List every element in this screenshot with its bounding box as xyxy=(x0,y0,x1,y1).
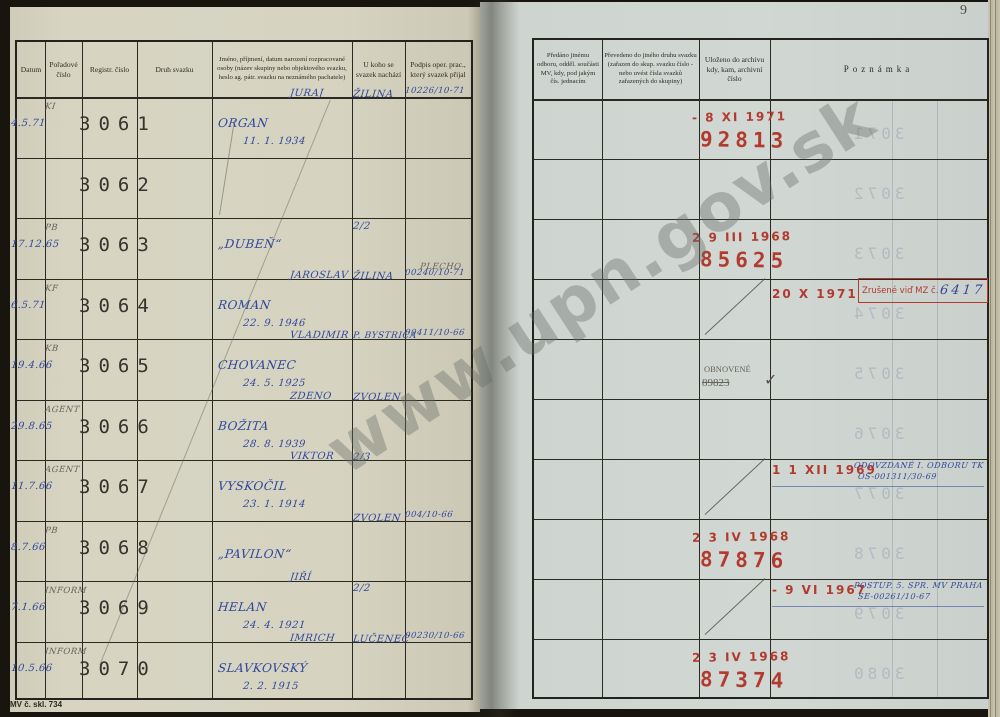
date-value: 11.7.66 xyxy=(10,481,53,492)
bleed-through-number: 3077 xyxy=(850,484,905,503)
header-datum: Datum xyxy=(17,42,45,97)
registration-number: 3069 xyxy=(79,597,157,619)
first-name: VLADIMIR xyxy=(289,330,349,341)
surname: BOŽITA xyxy=(217,419,269,433)
entry-row-3068-left: PB 8.7.66 3068 „PAVILON“ ZVOLEN 004/10-6… xyxy=(15,519,473,579)
cover-name: „PAVILON“ xyxy=(217,547,292,561)
entry-row-3066-left: AGENT 29.8.65 3066 ZDENO BOŽITA 28. 8. 1… xyxy=(15,398,473,458)
birth-date: 24. 5. 1925 xyxy=(242,378,306,389)
header-prevedeno: Převedeno do jiného druhu svazku (zařaze… xyxy=(602,40,699,99)
entry-row-3062-left: 3062 xyxy=(15,156,473,216)
birth-date: 23. 1. 1914 xyxy=(242,499,306,510)
entry-row-3063-left: PB 17.12.65 3063 „DUBEŇ“ 2/2 PLECHO xyxy=(15,216,473,276)
category-note: INFORM xyxy=(44,647,87,657)
handover-note-line2: SE-00261/10-67 xyxy=(858,592,931,601)
zrusene-stamp-box: Zrušené viď MZ č. 6417 xyxy=(858,278,988,303)
entry-row-3067-right: 1 1 XII 1969 ODOVZDANÉ I. ODBORU TK OS-0… xyxy=(532,457,987,517)
date-value: 19.4.66 xyxy=(10,360,53,371)
check-mark: ✓ xyxy=(764,370,777,390)
first-name: VIKTOR xyxy=(289,451,334,462)
category-note: KI xyxy=(44,102,56,112)
entry-row-3070-left: INFORM 10.5.66 3070 IMRICH SLAVKOVSKÝ 2.… xyxy=(15,640,473,700)
archive-date-stamp: 2 3 IV 1968 xyxy=(692,649,791,665)
stamp-label: Zrušené viď MZ č. xyxy=(862,286,938,296)
date-value: 29.8.65 xyxy=(10,421,53,432)
archive-number-stamp: 85625 xyxy=(700,247,789,273)
header-jmeno: Jméno, příjmení, datum narození rozpraco… xyxy=(212,42,352,97)
bleed-through-number: 3072 xyxy=(850,184,905,203)
registration-number: 3066 xyxy=(79,416,157,438)
holder-value: 2/2 xyxy=(352,221,371,232)
date-value: 17.12.65 xyxy=(10,239,60,250)
entry-row-3065-left: KB 19.4.66 3065 VLADIMIR CHOVANEC 24. 5.… xyxy=(15,337,473,397)
bleed-through-number: 3076 xyxy=(850,424,905,443)
page-number: 9 xyxy=(960,3,967,19)
birth-date: 28. 8. 1939 xyxy=(242,439,306,450)
entry-row-3069-right: - 9 VI 1967 POSTUP. 5. SPR. MV PRAHA SE-… xyxy=(532,577,987,637)
bleed-through-number: 3074 xyxy=(850,304,905,323)
archive-date-stamp: - 8 XI 1971 xyxy=(692,109,787,125)
registry-book-scan: 9 Datum Pořa­dové číslo Registr. číslo D… xyxy=(0,0,1000,717)
bleed-through-number: 3080 xyxy=(850,664,905,683)
file-number: 00411/10-66 xyxy=(404,328,465,338)
registration-number: 3067 xyxy=(79,476,157,498)
header-poradove-cislo: Pořa­dové číslo xyxy=(45,42,82,97)
cancellation-slash xyxy=(705,278,766,335)
date-value: 4.5.71 xyxy=(10,118,46,129)
entry-row-3061-right: - 8 XI 1971 92813 3071 xyxy=(532,97,987,157)
entry-row-3067-left: AGENT 11.7.66 3067 VIKTOR VYSKOČIL 23. 1… xyxy=(15,458,473,518)
surname: CHOVANEC xyxy=(217,358,297,372)
bleed-through-number: 3073 xyxy=(850,244,905,263)
cancellation-slash xyxy=(705,578,766,635)
date-value: 6.5.71 xyxy=(10,300,46,311)
surname: HELAN xyxy=(217,600,267,614)
holder-value: 2/2 xyxy=(352,583,371,594)
registration-number: 3063 xyxy=(79,234,157,256)
file-number: 00230/10-66 xyxy=(404,631,465,641)
archive-number-stamp: 87876 xyxy=(700,547,789,573)
category-note: PB xyxy=(44,526,58,536)
stacked-page-edges xyxy=(988,0,1000,717)
entry-row-3065-right: OBNOVENÉ 89823 ✓ 3075 xyxy=(532,337,987,397)
registration-number: 3070 xyxy=(79,658,157,680)
entry-row-3061-left: KI 4.5.71 3061 JURAJ ORGAN 11. 1. 1934 Ž… xyxy=(15,95,473,155)
birth-date: 24. 4. 1921 xyxy=(242,620,306,631)
header-predano: Předáno jinému odboru, odděl. součásti M… xyxy=(534,40,602,99)
header-ulozeno: Uloženo do archivu kdy, kam, archivní čí… xyxy=(699,40,770,99)
holder-value: ŽILINA xyxy=(352,89,394,100)
crossed-out-number: 89823 xyxy=(702,377,730,389)
first-name: JAROSLAV xyxy=(289,270,349,281)
category-note: KF xyxy=(44,284,58,294)
registration-number: 3065 xyxy=(79,355,157,377)
category-note: PB xyxy=(44,223,58,233)
registration-number: 3062 xyxy=(79,174,157,196)
archive-number-stamp: 87374 xyxy=(700,667,789,693)
handover-note-line1: POSTUP. 5. SPR. MV PRAHA xyxy=(854,581,984,590)
category-note: INFORM xyxy=(44,586,87,596)
stamp-value: 6417 xyxy=(940,283,987,298)
bleed-through-number: 3078 xyxy=(850,544,905,563)
file-number: 10226/10-71 xyxy=(404,86,465,96)
category-note: KB xyxy=(44,344,59,354)
entry-row-3063-right: 2 9 III 1968 85625 3073 xyxy=(532,217,987,277)
holder-value: ZVOLEN xyxy=(352,513,401,524)
surname: VYSKOČIL xyxy=(217,479,288,493)
birth-date: 2. 2. 1915 xyxy=(242,681,299,692)
category-note: AGENT xyxy=(44,405,80,415)
holder-value: ZVOLEN xyxy=(352,392,401,403)
first-name: ZDENO xyxy=(289,391,332,402)
surname: SLAVKOVSKÝ xyxy=(217,661,308,675)
renewed-pencil-note: OBNOVENÉ xyxy=(704,364,751,374)
entry-row-3068-right: 2 3 IV 1968 87876 3078 xyxy=(532,517,987,577)
bleed-through-number: 3071 xyxy=(850,124,905,143)
entry-row-3069-left: INFORM 7.1.66 3069 JIŘÍ HELAN 24. 4. 192… xyxy=(15,579,473,639)
first-name: JIŘÍ xyxy=(289,572,312,583)
first-name: IMRICH xyxy=(289,633,335,644)
header-poznamka: Poznámka xyxy=(770,40,987,99)
registration-number: 3068 xyxy=(79,537,157,559)
entry-row-3064-right: 20 X 1971 Zrušené viď MZ č. 6417 3074 xyxy=(532,277,987,337)
first-name: JURAJ xyxy=(289,88,324,99)
bleed-through-number: 3075 xyxy=(850,364,905,383)
entry-row-3070-right: 2 3 IV 1968 87374 3080 xyxy=(532,637,987,697)
entry-row-3062-right: 3072 xyxy=(532,157,987,217)
file-number: 004/10-66 xyxy=(404,510,453,520)
entry-row-3066-right: 3076 xyxy=(532,397,987,457)
category-note: AGENT xyxy=(44,465,80,475)
handover-note-line1: ODOVZDANÉ I. ODBORU TK xyxy=(854,461,985,470)
note-date-stamp: 20 X 1971 xyxy=(772,287,858,301)
birth-date: 11. 1. 1934 xyxy=(242,136,306,147)
date-value: 7.1.66 xyxy=(10,602,46,613)
surname: ORGAN xyxy=(217,116,269,130)
registration-number: 3064 xyxy=(79,295,157,317)
handover-note-line2: OS-001311/30-69 xyxy=(858,472,938,481)
note-date-stamp: - 9 VI 1967 xyxy=(772,583,867,597)
holder-value: ŽILINA xyxy=(352,271,394,282)
holder-value: LUČENEC xyxy=(352,634,410,645)
form-number: MV č. skl. 734 xyxy=(10,700,62,709)
archive-number-stamp: 92813 xyxy=(700,127,789,153)
header-registr-cislo: Registr. číslo xyxy=(82,42,137,97)
file-number: 00240/10-71 xyxy=(404,268,465,278)
registration-number: 3061 xyxy=(79,113,157,135)
archive-date-stamp: 2 3 IV 1968 xyxy=(692,529,791,545)
book-gutter-shadow xyxy=(468,0,520,717)
date-value: 10.5.66 xyxy=(10,663,53,674)
birth-date: 22. 9. 1946 xyxy=(242,318,306,329)
archive-date-stamp: 2 9 III 1968 xyxy=(692,229,792,245)
date-value: 8.7.66 xyxy=(10,542,46,553)
cancellation-slash xyxy=(705,458,766,515)
bleed-through-number: 3079 xyxy=(850,604,905,623)
holder-value: 2/3 xyxy=(352,452,371,463)
header-druh-svazku: Druh svazku xyxy=(137,42,212,97)
